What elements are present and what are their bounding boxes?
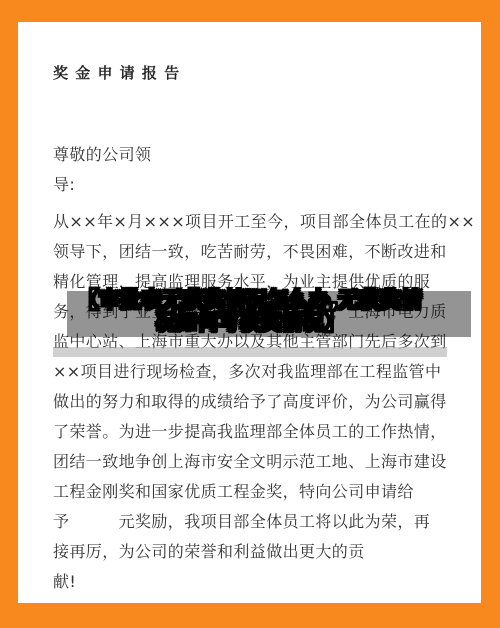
document-line: 做出的努力和取得的成绩给予了高度评价，为公司赢得 — [53, 387, 453, 417]
greeting-line: 导: — [53, 170, 447, 200]
document-line: 团结一致地争创上海市安全文明示范工地、上海市建设 — [53, 447, 453, 477]
document-line: 精化管理，提高监理服务水平，为业主提供优质的服 — [53, 267, 453, 297]
document-line: 领导下，团结一致，吃苦耐劳，不畏困难，不断改进和 — [53, 237, 453, 267]
page-background: 奖 金 申 请 报 告 尊敬的公司领导: 从××年×月×××项目开工至今，项目部… — [0, 0, 500, 628]
greeting-line: 尊敬的公司领 — [53, 140, 447, 170]
document-line: 监中心站、上海市重大办以及其他主管部门先后多次到 — [53, 327, 453, 357]
document-line: 予 元奖励，我项目部全体员工将以此为荣，再 — [53, 507, 453, 537]
document-line: 务，得到了业主领导的一致认可，期间，上海市电力质 — [53, 297, 453, 327]
document-line: 献! — [53, 567, 453, 597]
document-line: 从××年×月×××项目开工至今，项目部全体员工在的×× — [53, 207, 453, 237]
greeting: 尊敬的公司领导: — [53, 140, 447, 200]
document-card: 奖 金 申 请 报 告 尊敬的公司领导: 从××年×月×××项目开工至今，项目部… — [18, 22, 481, 603]
document-line: 接再厉，为公司的荣誉和利益做出更大的贡 — [53, 537, 453, 567]
document-body: 从××年×月×××项目开工至今，项目部全体员工在的××领导下，团结一致，吃苦耐劳… — [53, 207, 453, 597]
document-line: ××项目进行现场检查，多次对我监理部在工程监管中 — [53, 357, 453, 387]
document-line: 了荣誉。为进一步提高我监理部全体员工的工作热情， — [53, 417, 453, 447]
document-line: 工程金刚奖和国家优质工程金奖，特向公司申请给 — [53, 477, 453, 507]
document-title: 奖 金 申 请 报 告 — [53, 62, 180, 83]
